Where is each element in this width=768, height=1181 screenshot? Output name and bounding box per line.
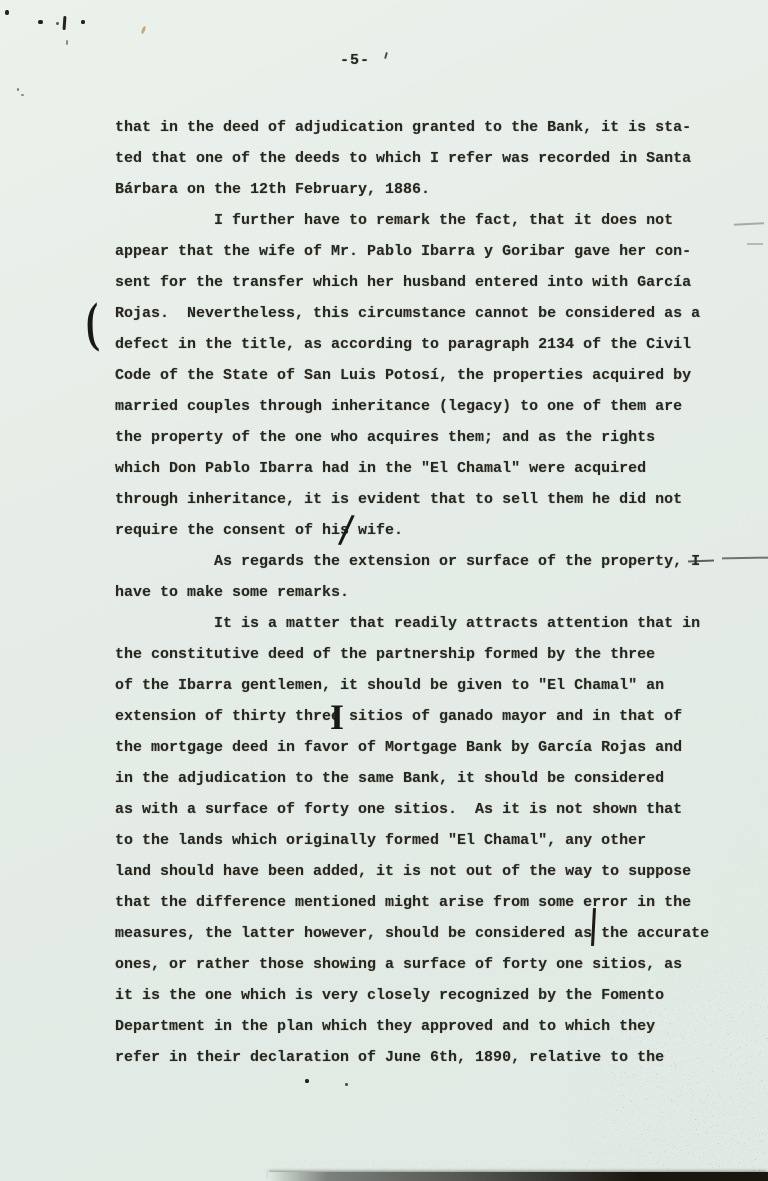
text-body: that in the deed of adjudication granted… [115, 112, 755, 1073]
text-line: through inheritance, it is evident that … [115, 484, 755, 515]
text-line: that in the deed of adjudication granted… [115, 112, 755, 143]
ink-speck [5, 10, 9, 15]
ink-speck [345, 1083, 348, 1086]
text-line: the property of the one who acquires the… [115, 422, 755, 453]
text-line: refer in their declaration of June 6th, … [115, 1042, 755, 1073]
text-line: Department in the plan which they approv… [115, 1011, 755, 1042]
text-line: Rojas. Nevertheless, this circumstance c… [115, 298, 755, 329]
ink-speck [66, 40, 68, 45]
text-line: require the consent of his wife. [115, 515, 755, 546]
text-line: land should have been added, it is not o… [115, 856, 755, 887]
text-line: ted that one of the deeds to which I ref… [115, 143, 755, 174]
scan-edge-strip [268, 1172, 768, 1181]
paper-stain [141, 26, 147, 35]
ink-speck [17, 88, 19, 91]
ink-speck [56, 22, 59, 25]
text-line: the constitutive deed of the partnership… [115, 639, 755, 670]
handwritten-paren-mark: ( [79, 291, 103, 354]
text-line: have to make some remarks. [115, 577, 755, 608]
text-line: to the lands which originally formed "El… [115, 825, 755, 856]
text-line: appear that the wife of Mr. Pablo Ibarra… [115, 236, 755, 267]
text-line: As regards the extension or surface of t… [115, 546, 755, 577]
text-line: measures, the latter however, should be … [115, 918, 755, 949]
ink-speck [81, 20, 85, 24]
text-line: extension of thirty three sitios of gana… [115, 701, 755, 732]
text-line: of the Ibarra gentlemen, it should be gi… [115, 670, 755, 701]
text-line: the mortgage deed in favor of Mortgage B… [115, 732, 755, 763]
text-line: defect in the title, as according to par… [115, 329, 755, 360]
text-line: sent for the transfer which her husband … [115, 267, 755, 298]
text-line: as with a surface of forty one sitios. A… [115, 794, 755, 825]
ink-speck [63, 16, 67, 30]
text-line: Bárbara on the 12th February, 1886. [115, 174, 755, 205]
text-line: that the difference mentioned might aris… [115, 887, 755, 918]
page-number: -5- [115, 52, 595, 69]
text-line: I further have to remark the fact, that … [115, 205, 755, 236]
text-line: in the adjudication to the same Bank, it… [115, 763, 755, 794]
text-line: Code of the State of San Luis Potosí, th… [115, 360, 755, 391]
text-line: which Don Pablo Ibarra had in the "El Ch… [115, 453, 755, 484]
scanned-page: -5- that in the deed of adjudication gra… [0, 0, 768, 1181]
text-line: married couples through inheritance (leg… [115, 391, 755, 422]
text-line: ones, or rather those showing a surface … [115, 949, 755, 980]
ink-speck [305, 1079, 309, 1083]
text-line: It is a matter that readily attracts att… [115, 608, 755, 639]
ink-speck [21, 94, 24, 96]
ink-speck [38, 20, 43, 24]
text-line: it is the one which is very closely reco… [115, 980, 755, 1011]
